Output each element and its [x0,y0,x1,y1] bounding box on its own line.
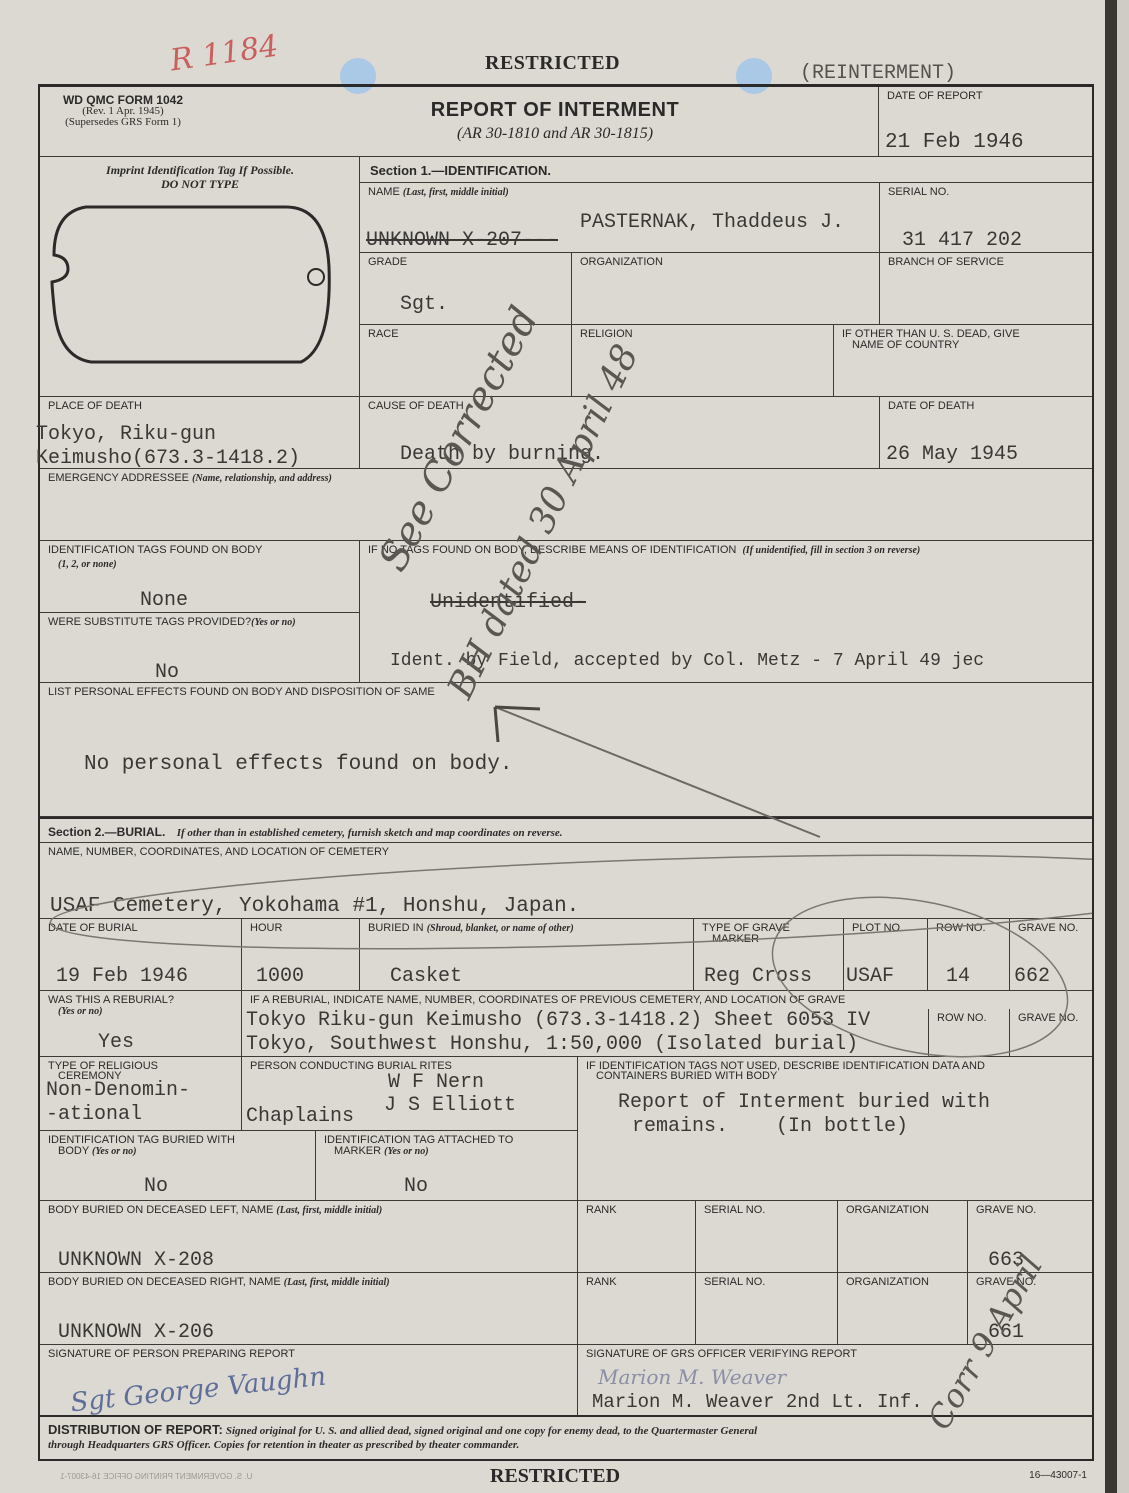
red-handwritten-mark: R 1184 [168,29,280,79]
reinterment-annotation: (REINTERMENT) [800,62,956,85]
document-page: R 1184 RESTRICTED (REINTERMENT) WD QMC F… [0,0,1117,1493]
interment-form: WD QMC FORM 1042 (Rev. 1 Apr. 1945) (Sup… [38,84,1094,1461]
printer-mark: U. S. GOVERNMENT PRINTING OFFICE 16-4300… [60,1472,252,1481]
classification-top: RESTRICTED [485,52,620,75]
scan-edge [1105,0,1117,1493]
classification-bottom: RESTRICTED [490,1465,620,1488]
pencil-marks-icon [40,87,1092,1459]
form-code: 16—43007-1 [1029,1470,1087,1481]
